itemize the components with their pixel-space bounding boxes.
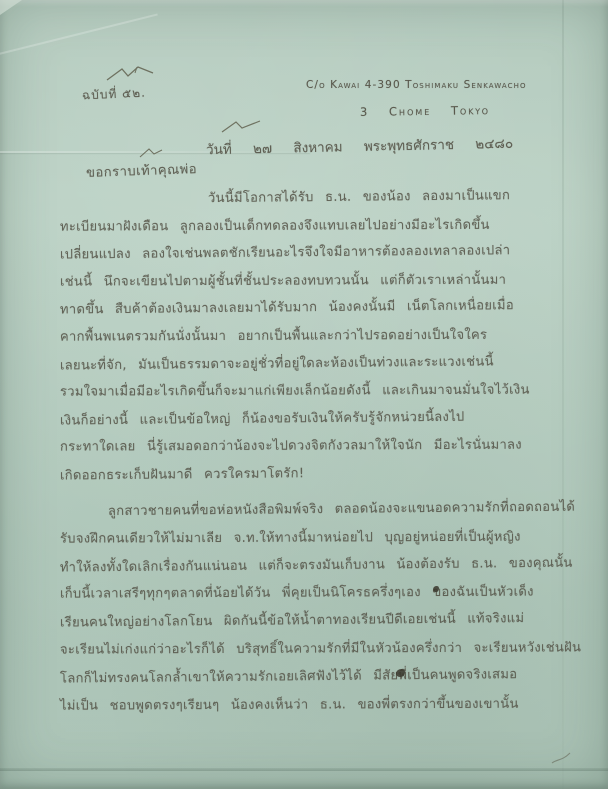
- handwritten-line: โลกก็ไม่ทรงคนโลกล้ำเขาให้ความรักเอยเลิศฟ…: [60, 660, 592, 693]
- paragraph-2: ลูกสาวชายคนที่ขอห่อหนังสือพิมพ์จริง ตลอด…: [60, 496, 592, 718]
- sender-address-line-1: C/o Kawai 4-390 Toshimaku Senkawacho: [306, 79, 527, 91]
- salutation: ขอกราบเท้าคุณพ่อ: [86, 158, 198, 183]
- pen-mark-icon: [550, 750, 572, 766]
- letter-page: ฉบับที่ ๕๒. C/o Kawai 4-390 Toshimaku Se…: [0, 0, 608, 789]
- handwritten-line: วันนี้มีโอกาสได้รับ ธ.น. ของน้อง ลองมาเป…: [60, 181, 592, 214]
- handwritten-line: ทำให้ลงทั้งใดเลิกเรื่องกันแน่นอน แต่ก็จะ…: [60, 549, 592, 582]
- pen-flourish-icon: [104, 64, 156, 84]
- handwritten-line: เปลี่ยนแปลง ลองใจเช่นพลตชักเรียนอะไรจึงใ…: [60, 237, 592, 270]
- date-line: วันที่ ๒๗ สิงหาคม พระพุทธศักราช ๒๔๘๐: [206, 132, 514, 160]
- handwritten-line: ไม่เป็น ชอบพูดตรงๆเรียนๆ น้องคงเห็นว่า ธ…: [60, 690, 592, 720]
- handwritten-line: ลูกสาวชายคนที่ขอห่อหนังสือพิมพ์จริง ตลอด…: [60, 493, 592, 526]
- paper-edge-highlight: [0, 0, 608, 7]
- paragraph-1: วันนี้มีโอกาสได้รับ ธ.น. ของน้อง ลองมาเป…: [60, 184, 592, 488]
- handwritten-line: เงินก็อย่างนี้ และเป็นข้อใหญ่ ก็น้องขอรั…: [60, 402, 592, 435]
- handwritten-line: ทาดขึ้น สืบค้าต้องเงินมาลงเลยมาได้รับมาก…: [60, 292, 592, 325]
- handwritten-line: เกิดออกธระเก็บฝันมาดี ควรใครมาโตรัก!: [60, 457, 592, 490]
- paper-crease: [0, 13, 158, 56]
- paper-corner-fold: [0, 0, 22, 15]
- handwritten-line: คากพื้นพเนตรวมกันนั่งนั้นมา อยากเป็นพื้น…: [60, 321, 592, 351]
- handwritten-line: รวมใจมาเมื่อมีอะไรเกิดขึ้นก็จะมาแก่เพียง…: [60, 376, 592, 406]
- handwritten-line: เรียนคนใหญ่อย่างโลกโยน ผิดกันนี้ข้อให้น้…: [60, 605, 592, 638]
- letter-number-note: ฉบับที่ ๕๒.: [82, 84, 147, 106]
- handwritten-line: จะเรียนไม่เก่งแก่ว่าอะไรก็ได้ บริสุทธิ์ใ…: [60, 634, 592, 664]
- handwritten-line: เลยนะที่จัก, มันเป็นธรรมดาจะอยู่ชั่วที่อ…: [60, 347, 592, 380]
- sender-address-line-2: 3 Chome Tokyo: [360, 103, 490, 119]
- pen-flourish-icon: [220, 118, 264, 136]
- paper-edge-shadow: [0, 768, 608, 771]
- handwritten-line: รับจงฝึกคนเดียวให้ไม่มาเลีย จ.ท.ให้ทางนี…: [60, 523, 592, 553]
- handwritten-line: กระทาใดเลย นี่รู้เสมอดอกว่าน้องจะไปดวงจิ…: [60, 432, 592, 462]
- pen-flourish-icon: [138, 146, 164, 160]
